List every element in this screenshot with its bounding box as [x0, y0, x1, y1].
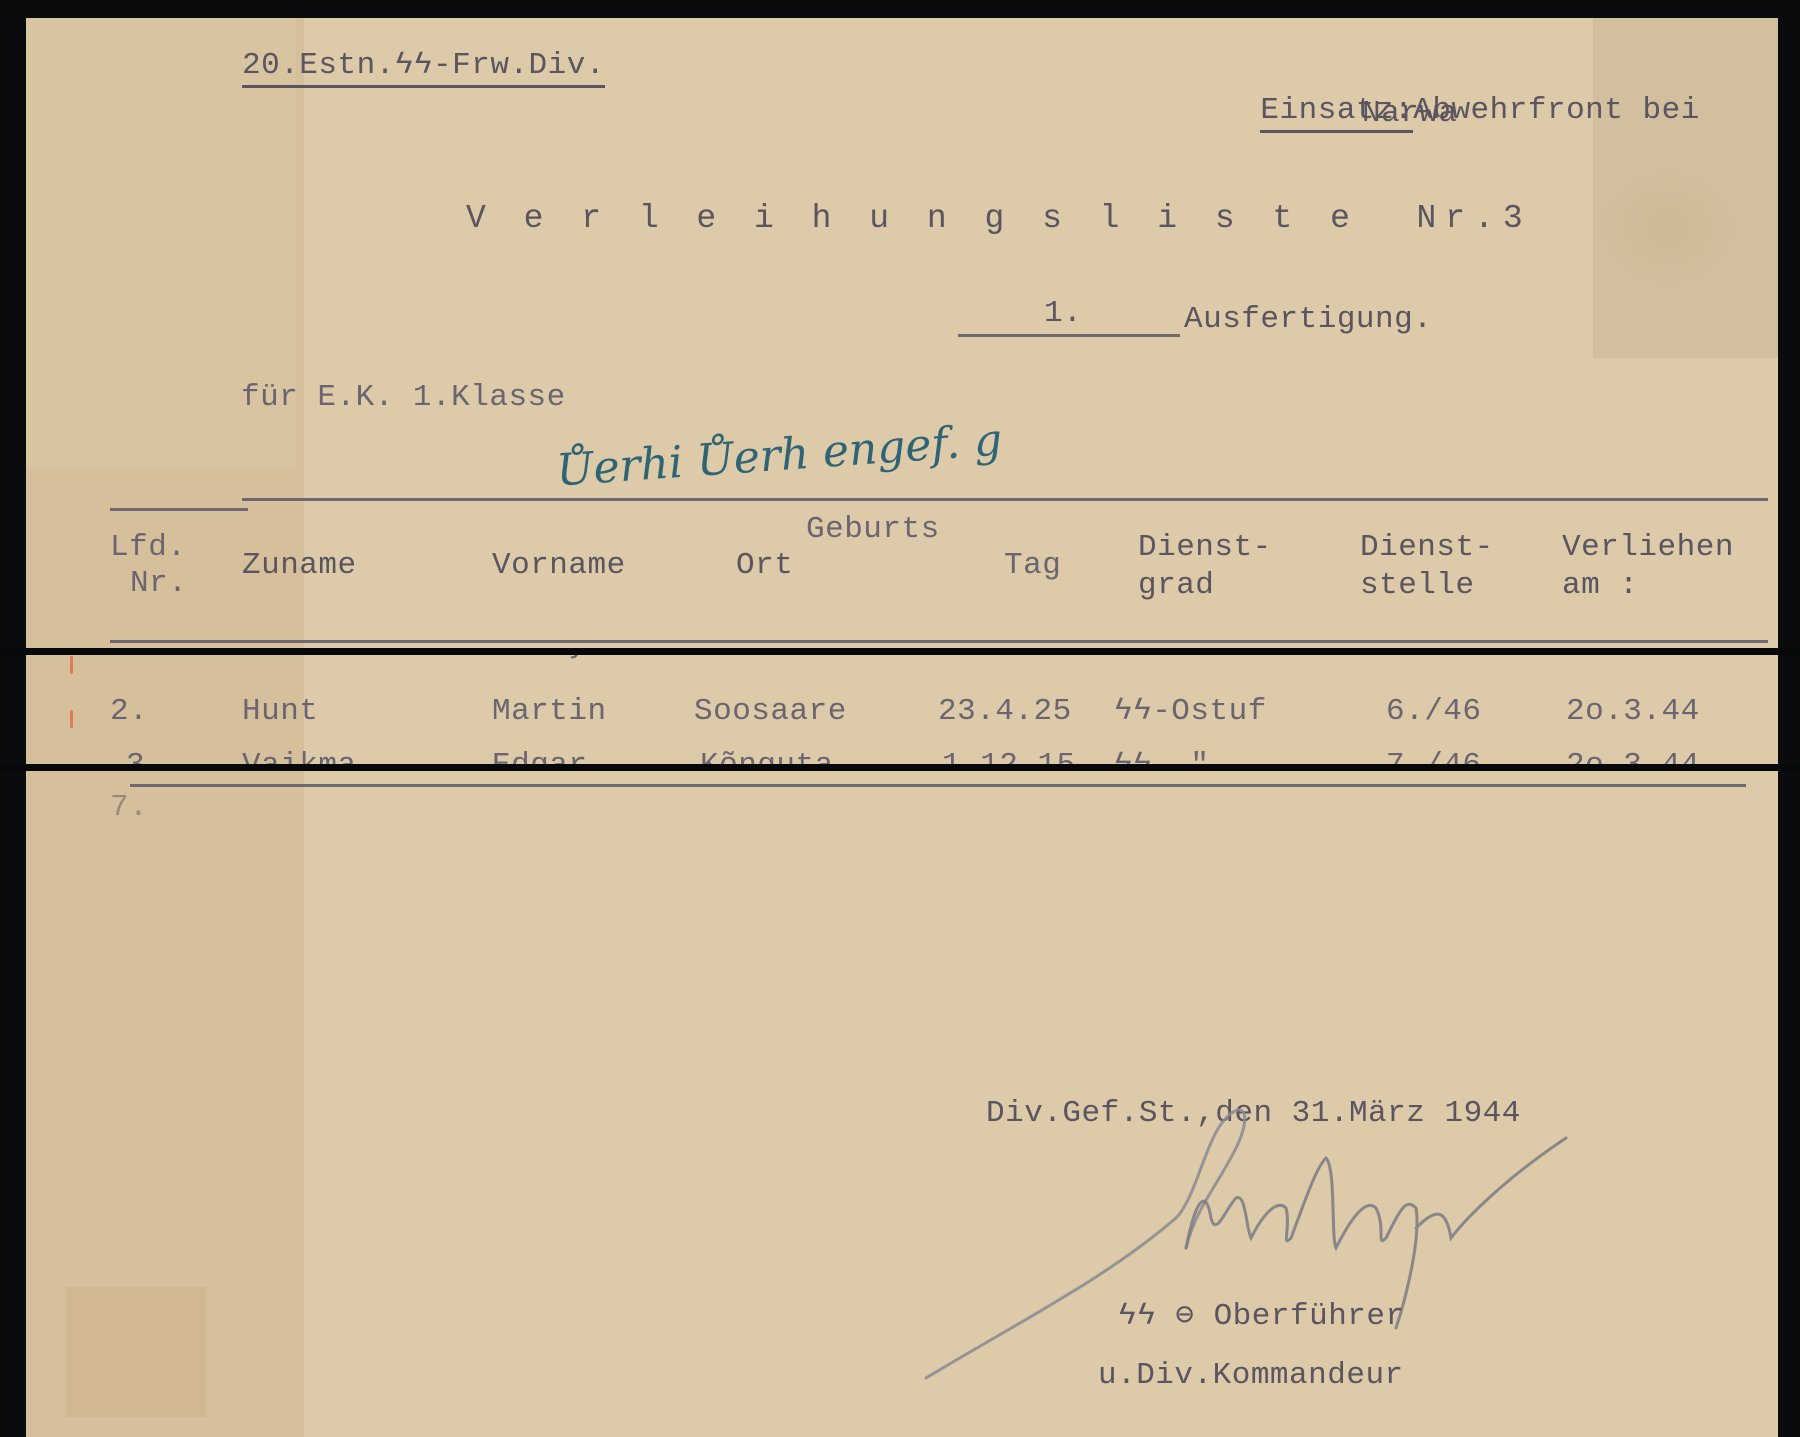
document-page: 20.Estn.ϟϟ-Frw.Div. Einsatz:Abwehrfront … — [26, 18, 1778, 1437]
col-verliehen-line1: Verliehen — [1562, 530, 1734, 565]
col-dienststelle-line2: stelle — [1360, 568, 1475, 603]
row-zuname: Hunt — [242, 694, 318, 729]
deployment-location: Narwa — [1362, 96, 1458, 131]
col-lfd-nr-line1: Lfd. — [110, 530, 186, 565]
table-top-rule-left — [110, 508, 248, 511]
col-vorname: Vorname — [492, 548, 626, 583]
document-title: V e r l e i h u n g s l i s t e Nr.3 — [466, 200, 1532, 237]
table-header-bottom-rule — [110, 640, 1768, 643]
red-margin-mark — [70, 656, 73, 674]
header-group-geburts: Geburts — [806, 512, 940, 547]
signature-icon — [906, 1078, 1726, 1398]
col-verliehen-line2: am : — [1562, 568, 1638, 603]
col-tag: Tag — [1004, 548, 1061, 583]
col-dienstgrad-line2: grad — [1138, 568, 1214, 603]
row-verliehen: 2o.3.44 — [1566, 694, 1700, 729]
scan-divider-bar — [0, 764, 1800, 771]
signer-title: u.Div.Kommandeur — [1098, 1358, 1404, 1393]
row-vorname: Martin — [492, 694, 607, 729]
paper-stain — [1598, 168, 1738, 288]
copy-label: Ausfertigung. — [1184, 302, 1432, 337]
paper-stain — [66, 1287, 206, 1417]
copy-number-underline — [958, 334, 1180, 337]
row-tag: 23.4.25 — [938, 694, 1072, 729]
unit-heading: 20.Estn.ϟϟ-Frw.Div. — [242, 48, 605, 88]
col-zuname: Zuname — [242, 548, 357, 583]
table-top-rule — [242, 498, 1768, 501]
copy-number: 1. — [1044, 296, 1082, 331]
table-bottom-rule — [130, 784, 1746, 787]
col-lfd-nr-line2: Nr. — [130, 566, 187, 601]
col-dienstgrad-line1: Dienst- — [1138, 530, 1272, 565]
signer-rank: ϟϟ ⊖ Oberführer — [1118, 1296, 1405, 1334]
award-class: für E.K. 1.Klasse — [241, 380, 566, 415]
col-ort: Ort — [736, 548, 793, 583]
handwritten-note: Ůerhi Ůerh engef. g — [555, 414, 1004, 496]
scan-divider-bar — [0, 648, 1800, 655]
trailing-row-number: 7. — [110, 790, 148, 825]
row-nr: 2. — [110, 694, 148, 729]
col-dienststelle-line1: Dienst- — [1360, 530, 1494, 565]
row-ort: Soosaare — [694, 694, 847, 729]
row-dienststelle: 6./46 — [1386, 694, 1482, 729]
row-dienstgrad: ϟϟ-Ostuf — [1114, 694, 1267, 729]
red-margin-mark — [70, 710, 73, 728]
